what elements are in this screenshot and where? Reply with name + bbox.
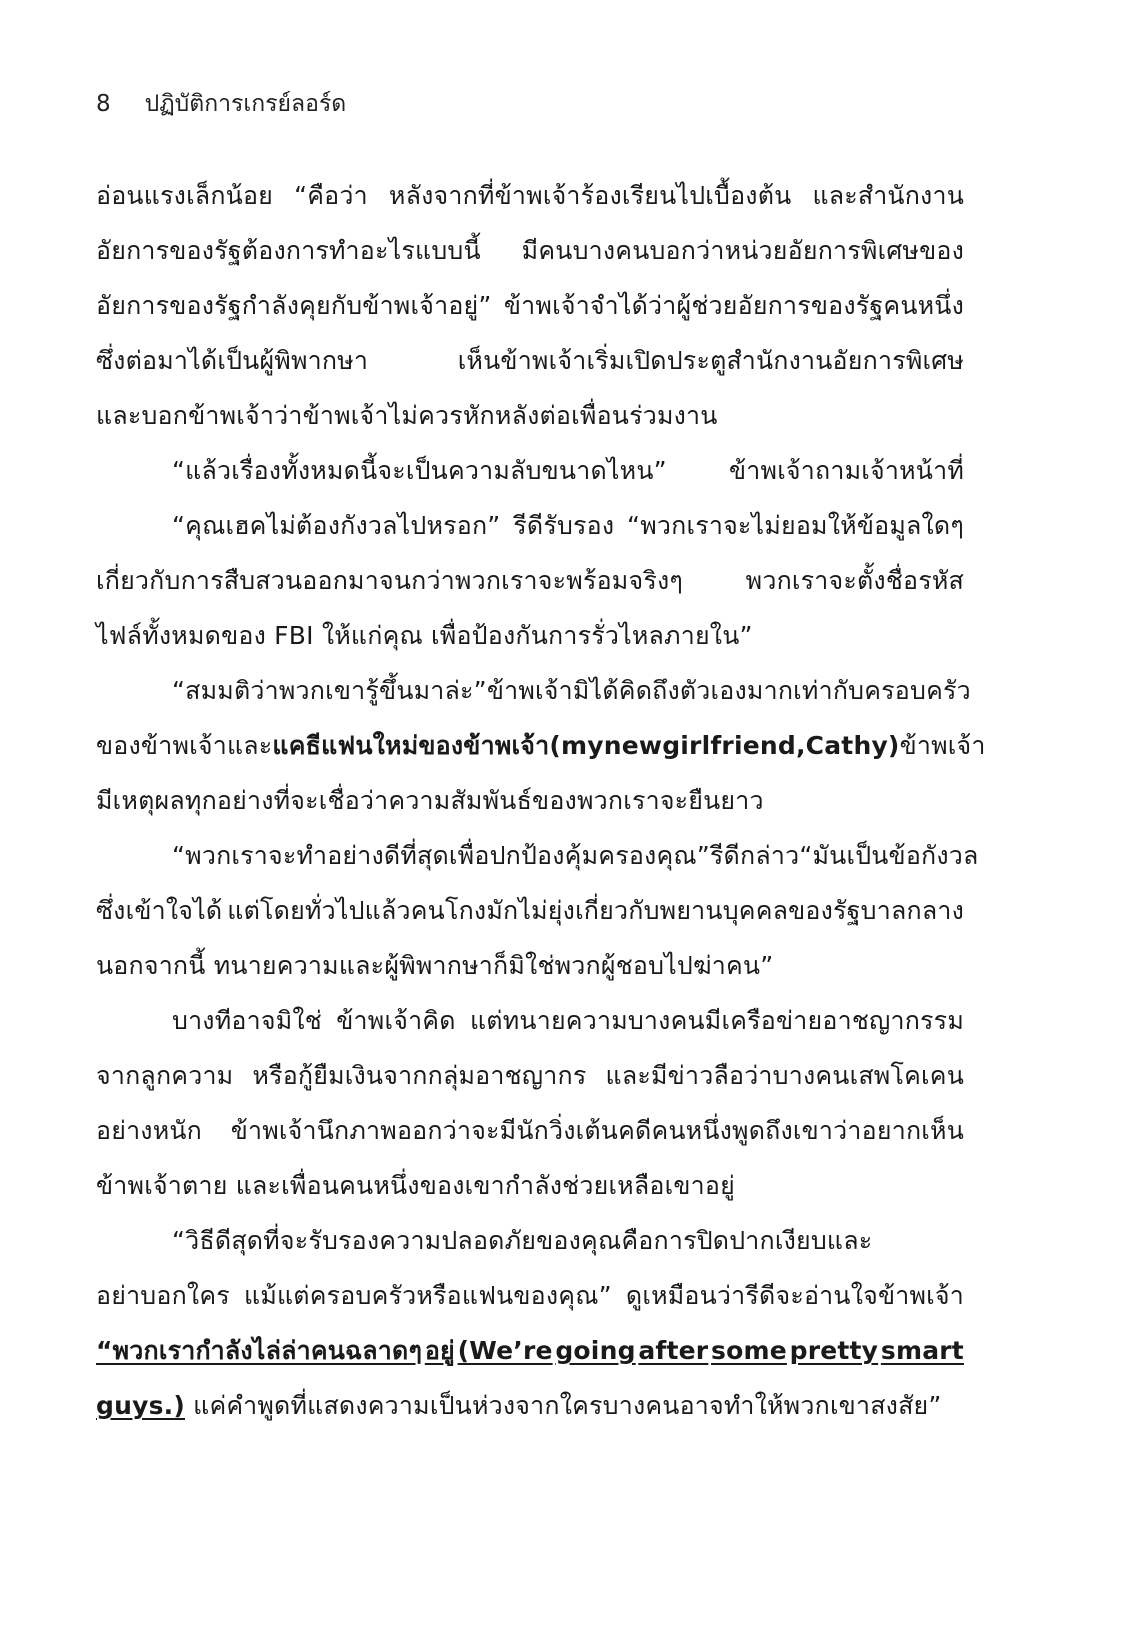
word: (We’re	[458, 1323, 553, 1378]
text-span: อย่างหนัก	[96, 1116, 202, 1145]
word: แต่ทนายความบางคนมีเครือข่ายอาชญากรรม	[470, 993, 964, 1048]
text-span: จากลูกความ	[96, 1061, 233, 1090]
word: เพื่อป้องกันการรั่วไหลภายใน”	[431, 608, 753, 663]
word: อยู่	[425, 1323, 455, 1378]
word: และเพื่อนคนหนึ่งของเขากำลังช่วยเหลือเขาอ…	[236, 1158, 735, 1213]
text-span: เพื่อป้องกันการรั่วไหลภายใน”	[431, 621, 753, 650]
word: จากลูกความ	[96, 1048, 233, 1103]
underlined-text-span: “พวกเรากำลังไล่ล่าคนฉลาดๆ	[96, 1336, 422, 1365]
text-span: และมีข่าวลือว่าบางคนเสพโคเคน	[606, 1061, 964, 1090]
word: ไฟล์ทั้งหมดของ	[96, 608, 274, 663]
text-span: มีเหตุผลทุกอย่างที่จะเชื่อว่าความสัมพันธ…	[96, 786, 764, 815]
word: “สมมติว่าพวกเขารู้ขึ้นมาล่ะ”	[172, 663, 487, 718]
word: เกี่ยวกับการสืบสวนออกมาจนกว่าพวกเราจะพร้…	[96, 553, 683, 608]
running-title: ปฏิบัติการเกรย์ลอร์ด	[145, 86, 347, 122]
word: some	[711, 1323, 787, 1378]
text-span: แม้แต่ครอบครัวหรือแฟนของคุณ”	[244, 1281, 612, 1310]
text-line: guys.) แค่คำพูดที่แสดงความเป็นห่วงจากใคร…	[96, 1378, 964, 1433]
text-span: และสำนักงาน	[812, 181, 964, 210]
bold-text-span: Cathy)	[806, 731, 900, 760]
text-span: นอกจากนี้	[96, 951, 206, 980]
word: Cathy)	[806, 718, 900, 773]
word: มีคนบางคนบอกว่าหน่วยอัยการพิเศษของ	[522, 223, 964, 278]
text-span: FBI	[274, 621, 314, 650]
text-line: และบอกข้าพเจ้าว่าข้าพเจ้าไม่ควรหักหลังต่…	[96, 388, 964, 443]
text-span: ของข้าพเจ้าและ	[96, 731, 272, 760]
word: ข้าพเจ้า	[900, 718, 986, 773]
word: ดูเหมือนว่ารีดีจะอ่านใจข้าพเจ้า	[626, 1268, 964, 1323]
word: หลังจากที่ข้าพเจ้าร้องเรียนไปเบื้องต้น	[389, 168, 792, 223]
text-span: อย่าบอกใคร	[96, 1281, 230, 1310]
word: FBI	[274, 608, 322, 663]
text-span: อัยการของรัฐต้องการทำอะไรแบบนี้	[96, 236, 481, 265]
word: ข้าพเจ้าถามเจ้าหน้าที่	[729, 443, 964, 498]
underlined-text-span: some	[711, 1336, 787, 1365]
text-span: เกี่ยวกับการสืบสวนออกมาจนกว่าพวกเราจะพร้…	[96, 566, 683, 595]
word: มีเหตุผลทุกอย่างที่จะเชื่อว่าความสัมพันธ…	[96, 773, 764, 828]
text-span: อัยการของรัฐกำลังคุยกับข้าพเจ้าอยู่”	[96, 291, 492, 320]
word: ให้แก่คุณ	[322, 608, 431, 663]
text-span: “แล้วเรื่องทั้งหมดนี้จะเป็นความลับขนาดไห…	[172, 456, 667, 485]
bold-text-span: new	[604, 731, 662, 760]
word: แต่โดยทั่วไปแล้วคนโกงมักไม่ยุ่งเกี่ยวกับ…	[227, 883, 964, 938]
word: ซึ่งต่อมาได้เป็นผู้พิพากษา	[96, 333, 368, 388]
text-span: ให้แก่คุณ	[322, 621, 423, 650]
page-number: 8	[96, 91, 111, 117]
word: ของข้าพเจ้าและแคธี	[96, 718, 321, 773]
word: นอกจากนี้	[96, 938, 214, 993]
text-line: “วิธีดีสุดที่จะรับรองความปลอดภัยของคุณคื…	[96, 1213, 964, 1268]
bold-text-span: (my	[549, 731, 603, 760]
word: อัยการของรัฐกำลังคุยกับข้าพเจ้าอยู่”	[96, 278, 492, 333]
word: และมีข่าวลือว่าบางคนเสพโคเคน	[606, 1048, 964, 1103]
word: “มันเป็นข้อกังวล	[799, 828, 978, 883]
underlined-text-span: after	[638, 1336, 708, 1365]
underlined-text-span: smart	[881, 1336, 964, 1365]
word: ข้าพเจ้านึกภาพออกว่าจะมีนักวิ่งเต้นคดีคน…	[231, 1103, 964, 1158]
text-span: แต่โดยทั่วไปแล้วคนโกงมักไม่ยุ่งเกี่ยวกับ…	[227, 896, 964, 925]
word: smart	[881, 1323, 964, 1378]
text-span: ข้าพเจ้าถามเจ้าหน้าที่	[729, 456, 964, 485]
text-span: “มันเป็นข้อกังวล	[799, 841, 978, 870]
text-span: แค่คำพูดที่แสดงความเป็นห่วงจากใครบางคนอา…	[193, 1391, 941, 1420]
text-span: และเพื่อนคนหนึ่งของเขากำลังช่วยเหลือเขาอ…	[236, 1171, 735, 1200]
underlined-text-span: (We’re	[458, 1336, 553, 1365]
text-span: แต่ทนายความบางคนมีเครือข่ายอาชญากรรม	[470, 1006, 964, 1035]
word: “วิธีดีสุดที่จะรับรองความปลอดภัยของคุณคื…	[172, 1213, 872, 1268]
word: พวกเราจะตั้งชื่อรหัส	[746, 553, 964, 608]
word: บางทีอาจมิใช่	[172, 993, 322, 1048]
word: รีดีรับรอง	[513, 498, 614, 553]
text-line: “พวกเราจะทำอย่างดีที่สุดเพื่อปกป้องคุ้มค…	[96, 828, 964, 883]
word: อ่อนแรงเล็กน้อย	[96, 168, 273, 223]
word: “คุณเฮคไม่ต้องกังวลไปหรอก”	[172, 498, 500, 553]
text-line: มีเหตุผลทุกอย่างที่จะเชื่อว่าความสัมพันธ…	[96, 773, 964, 828]
word: เห็นข้าพเจ้าเริ่มเปิดประตูสำนักงานอัยการ…	[458, 333, 964, 388]
text-span: พวกเราจะตั้งชื่อรหัส	[746, 566, 964, 595]
text-line: ไฟล์ทั้งหมดของ FBI ให้แก่คุณ เพื่อป้องกั…	[96, 608, 964, 663]
text-line: อย่าบอกใครแม้แต่ครอบครัวหรือแฟนของคุณ”ดู…	[96, 1268, 964, 1323]
text-span: ซึ่งเข้าใจได้	[96, 896, 222, 925]
text-span: และบอกข้าพเจ้าว่าข้าพเจ้าไม่ควรหักหลังต่…	[96, 401, 718, 430]
text-line: จากลูกความหรือกู้ยืมเงินจากกลุ่มอาชญากรแ…	[96, 1048, 964, 1103]
word: อย่าบอกใคร	[96, 1268, 230, 1323]
text-span: ข้าพเจ้าคิด	[336, 1006, 455, 1035]
word: new	[604, 718, 662, 773]
text-line: อัยการของรัฐกำลังคุยกับข้าพเจ้าอยู่”ข้าพ…	[96, 278, 964, 333]
text-line: “คุณเฮคไม่ต้องกังวลไปหรอก”รีดีรับรอง“พวก…	[96, 498, 964, 553]
body-text: อ่อนแรงเล็กน้อย“คือว่าหลังจากที่ข้าพเจ้า…	[96, 168, 964, 1433]
bold-text-span: girlfriend,	[662, 731, 805, 760]
underlined-text-span: guys.)	[96, 1391, 185, 1420]
text-span: ซึ่งต่อมาได้เป็นผู้พิพากษา	[96, 346, 368, 375]
bold-text-span: แฟนใหม่ของข้าพเจ้า	[321, 731, 549, 760]
text-line: “แล้วเรื่องทั้งหมดนี้จะเป็นความลับขนาดไห…	[96, 443, 964, 498]
word: guys.)	[96, 1378, 193, 1433]
word: และบอกข้าพเจ้าว่าข้าพเจ้าไม่ควรหักหลังต่…	[96, 388, 718, 443]
underlined-text-span: going	[555, 1336, 635, 1365]
word: after	[638, 1323, 708, 1378]
text-line: “พวกเรากำลังไล่ล่าคนฉลาดๆอยู่(We’regoing…	[96, 1323, 964, 1378]
word: แค่คำพูดที่แสดงความเป็นห่วงจากใครบางคนอา…	[193, 1378, 941, 1433]
text-span: “คุณเฮคไม่ต้องกังวลไปหรอก”	[172, 511, 500, 540]
text-span: เห็นข้าพเจ้าเริ่มเปิดประตูสำนักงานอัยการ…	[458, 346, 964, 375]
text-line: บางทีอาจมิใช่ข้าพเจ้าคิดแต่ทนายความบางคน…	[96, 993, 964, 1048]
word: อัยการของรัฐต้องการทำอะไรแบบนี้	[96, 223, 481, 278]
text-span: “พวกเราจะไม่ยอมให้ข้อมูลใดๆ	[627, 511, 964, 540]
word: ข้าพเจ้าตาย	[96, 1158, 236, 1213]
text-span: บางทีอาจมิใช่	[172, 1006, 322, 1035]
word: ข้าพเจ้าจำได้ว่าผู้ช่วยอัยการของรัฐคนหนึ…	[504, 278, 964, 333]
text-span: “สมมติว่าพวกเขารู้ขึ้นมาล่ะ”	[172, 676, 487, 705]
text-span: “คือว่า	[294, 181, 368, 210]
word: ทนายความและผู้พิพากษาก็มิใช่พวกผู้ชอบไปฆ…	[214, 938, 774, 993]
text-span: ข้าพเจ้า	[900, 731, 986, 760]
text-span: ข้าพเจ้านึกภาพออกว่าจะมีนักวิ่งเต้นคดีคน…	[231, 1116, 964, 1145]
text-line: นอกจากนี้ ทนายความและผู้พิพากษาก็มิใช่พว…	[96, 938, 964, 993]
text-line: ซึ่งต่อมาได้เป็นผู้พิพากษาเห็นข้าพเจ้าเร…	[96, 333, 964, 388]
word: pretty	[790, 1323, 879, 1378]
word: “พวกเรากำลังไล่ล่าคนฉลาดๆ	[96, 1323, 422, 1378]
text-span: “วิธีดีสุดที่จะรับรองความปลอดภัยของคุณคื…	[172, 1226, 872, 1255]
text-span: รีดีรับรอง	[513, 511, 614, 540]
text-span: อ่อนแรงเล็กน้อย	[96, 181, 273, 210]
word: แฟนใหม่ของข้าพเจ้า	[321, 718, 549, 773]
text-span: “พวกเราจะทำอย่างดีที่สุดเพื่อปกป้องคุ้มค…	[172, 841, 710, 870]
text-line: ของข้าพเจ้าและแคธีแฟนใหม่ของข้าพเจ้า(myn…	[96, 718, 964, 773]
word: “พวกเราจะทำอย่างดีที่สุดเพื่อปกป้องคุ้มค…	[172, 828, 710, 883]
text-line: อย่างหนักข้าพเจ้านึกภาพออกว่าจะมีนักวิ่ง…	[96, 1103, 964, 1158]
word: ข้าพเจ้าคิด	[336, 993, 455, 1048]
book-page: 8 ปฏิบัติการเกรย์ลอร์ด อ่อนแรงเล็กน้อย“ค…	[0, 0, 1126, 1638]
word: girlfriend,	[662, 718, 805, 773]
text-line: ซึ่งเข้าใจได้แต่โดยทั่วไปแล้วคนโกงมักไม่…	[96, 883, 964, 938]
text-span: ดูเหมือนว่ารีดีจะอ่านใจข้าพเจ้า	[626, 1281, 964, 1310]
text-span: ทนายความและผู้พิพากษาก็มิใช่พวกผู้ชอบไปฆ…	[214, 951, 774, 980]
text-line: เกี่ยวกับการสืบสวนออกมาจนกว่าพวกเราจะพร้…	[96, 553, 964, 608]
text-line: “สมมติว่าพวกเขารู้ขึ้นมาล่ะ”ข้าพเจ้ามิได…	[96, 663, 964, 718]
text-line: อัยการของรัฐต้องการทำอะไรแบบนี้มีคนบางคน…	[96, 223, 964, 278]
word: (my	[549, 718, 603, 773]
text-span: ไฟล์ทั้งหมดของ	[96, 621, 266, 650]
underlined-text-span: pretty	[790, 1336, 879, 1365]
underlined-text-span: อยู่	[425, 1336, 455, 1365]
text-line: อ่อนแรงเล็กน้อย“คือว่าหลังจากที่ข้าพเจ้า…	[96, 168, 964, 223]
bold-text-span: แคธี	[272, 731, 321, 760]
text-span: มีคนบางคนบอกว่าหน่วยอัยการพิเศษของ	[522, 236, 964, 265]
word: “แล้วเรื่องทั้งหมดนี้จะเป็นความลับขนาดไห…	[172, 443, 667, 498]
word: แม้แต่ครอบครัวหรือแฟนของคุณ”	[244, 1268, 612, 1323]
running-header: 8 ปฏิบัติการเกรย์ลอร์ด	[96, 86, 346, 122]
text-span: ข้าพเจ้าจำได้ว่าผู้ช่วยอัยการของรัฐคนหนึ…	[504, 291, 964, 320]
text-span: หรือกู้ยืมเงินจากกลุ่มอาชญากร	[252, 1061, 586, 1090]
word: หรือกู้ยืมเงินจากกลุ่มอาชญากร	[252, 1048, 586, 1103]
text-line: ข้าพเจ้าตาย และเพื่อนคนหนึ่งของเขากำลังช…	[96, 1158, 964, 1213]
word: ข้าพเจ้ามิได้คิดถึงตัวเองมากเท่ากับครอบค…	[487, 663, 971, 718]
word: ซึ่งเข้าใจได้	[96, 883, 222, 938]
text-span: หลังจากที่ข้าพเจ้าร้องเรียนไปเบื้องต้น	[389, 181, 792, 210]
text-span: รีดีกล่าว	[710, 841, 799, 870]
text-span: ข้าพเจ้ามิได้คิดถึงตัวเองมากเท่ากับครอบค…	[487, 676, 971, 705]
text-span: ข้าพเจ้าตาย	[96, 1171, 228, 1200]
word: อย่างหนัก	[96, 1103, 202, 1158]
word: “พวกเราจะไม่ยอมให้ข้อมูลใดๆ	[627, 498, 964, 553]
word: “คือว่า	[294, 168, 368, 223]
word: going	[555, 1323, 635, 1378]
word: และสำนักงาน	[812, 168, 964, 223]
word: รีดีกล่าว	[710, 828, 799, 883]
